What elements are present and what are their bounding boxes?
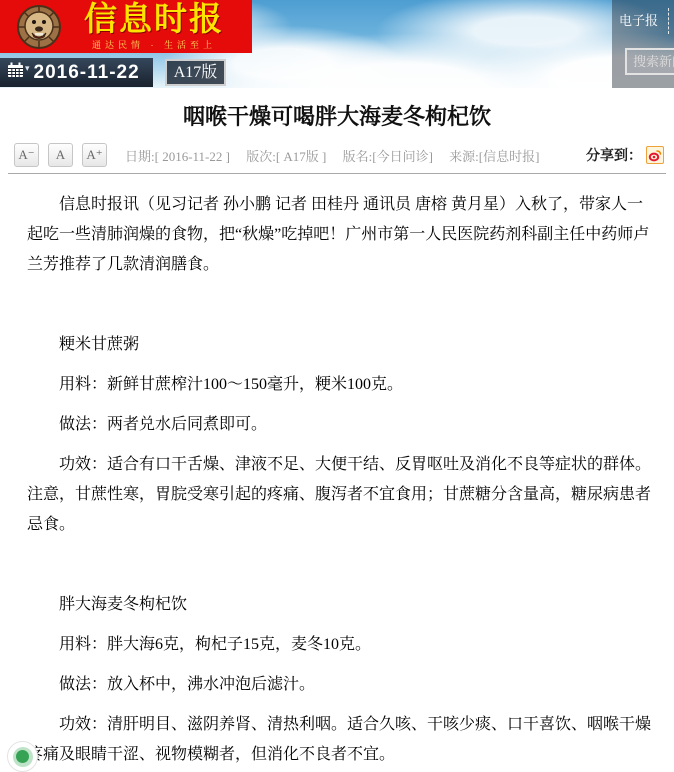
article-paragraph: 用料：胖大海6克，枸杞子15克，麦冬10克。 [27,630,654,660]
article-paragraph: 做法：放入杯中，沸水冲泡后滤汁。 [27,670,654,700]
header-right-panel: 电子报 [612,0,674,88]
epaper-link[interactable]: 电子报 [619,10,658,29]
article-paragraph: 用料：新鲜甘蔗榨汁100～150毫升，粳米100克。 [27,370,654,400]
article-paragraph [27,550,654,580]
article-body: 信息时报讯（见习记者 孙小鹏 记者 田桂丹 通讯员 唐榕 黄月星）入秋了，带家人… [0,174,674,764]
article-title: 咽喉干燥可喝胖大海麦冬枸杞饮 [0,88,674,132]
widget-green-dot [16,750,29,763]
article-meta-row: A⁻ A A⁺ 日期:[ 2016-11-22 ] 版次:[ A17版 ] 版名… [14,142,664,168]
font-size-controls: A⁻ A A⁺ [14,143,107,167]
chevron-down-icon: ▾ [25,63,30,74]
article-meta-text: 日期:[ 2016-11-22 ] 版次:[ A17版 ] 版名:[今日问诊] … [125,146,586,165]
article-paragraph: 功效：适合有口干舌燥、津液不足、大便干结、反胃呕吐及消化不良等症状的群体。注意，… [27,450,654,540]
dashed-separator [668,8,669,34]
edition-button[interactable]: A17版 [165,59,226,86]
brand-text: 信息时报 通达民情 · 生活至上 [66,2,242,51]
brand-tagline: 通达民情 · 生活至上 [66,38,242,51]
site-header: 信息时报 通达民情 · 生活至上 ▾ 2016-11-22 A17版 [0,0,674,88]
search-input[interactable] [625,48,674,75]
meta-section: 版名:[今日问诊] [343,149,433,164]
floating-widget-button[interactable] [7,741,38,764]
article-paragraph: 粳米甘蔗粥 [27,330,654,360]
lion-logo-icon [15,3,63,56]
date-picker[interactable]: ▾ 2016-11-22 [0,58,153,87]
brand-title: 信息时报 [66,2,242,38]
current-date: 2016-11-22 [34,62,140,84]
article-paragraph: 做法：两者兑水后同煮即可。 [27,410,654,440]
article-paragraph: 功效：清肝明目、滋阴养肾、清热利咽。适合久咳、干咳少痰、口干喜饮、咽喉干燥疼痛及… [27,710,654,764]
widget-ring [13,747,33,765]
share-group: 分享到： [586,145,664,165]
font-normal-button[interactable]: A [48,143,73,167]
calendar-icon [7,62,24,83]
meta-edition: 版次:[ A17版 ] [246,149,326,164]
share-label: 分享到： [586,145,642,165]
article-paragraph: 胖大海麦冬枸杞饮 [27,590,654,620]
meta-date: 日期:[ 2016-11-22 ] [125,149,230,164]
article-paragraph [27,290,654,320]
meta-source: 来源:[信息时报] [449,149,539,164]
font-smaller-button[interactable]: A⁻ [14,143,39,167]
article-container: 咽喉干燥可喝胖大海麦冬枸杞饮 A⁻ A A⁺ 日期:[ 2016-11-22 ]… [0,88,674,764]
font-larger-button[interactable]: A⁺ [82,143,107,167]
article-paragraph: 信息时报讯（见习记者 孙小鹏 记者 田桂丹 通讯员 唐榕 黄月星）入秋了，带家人… [27,190,654,280]
weibo-share-icon[interactable] [646,146,664,164]
